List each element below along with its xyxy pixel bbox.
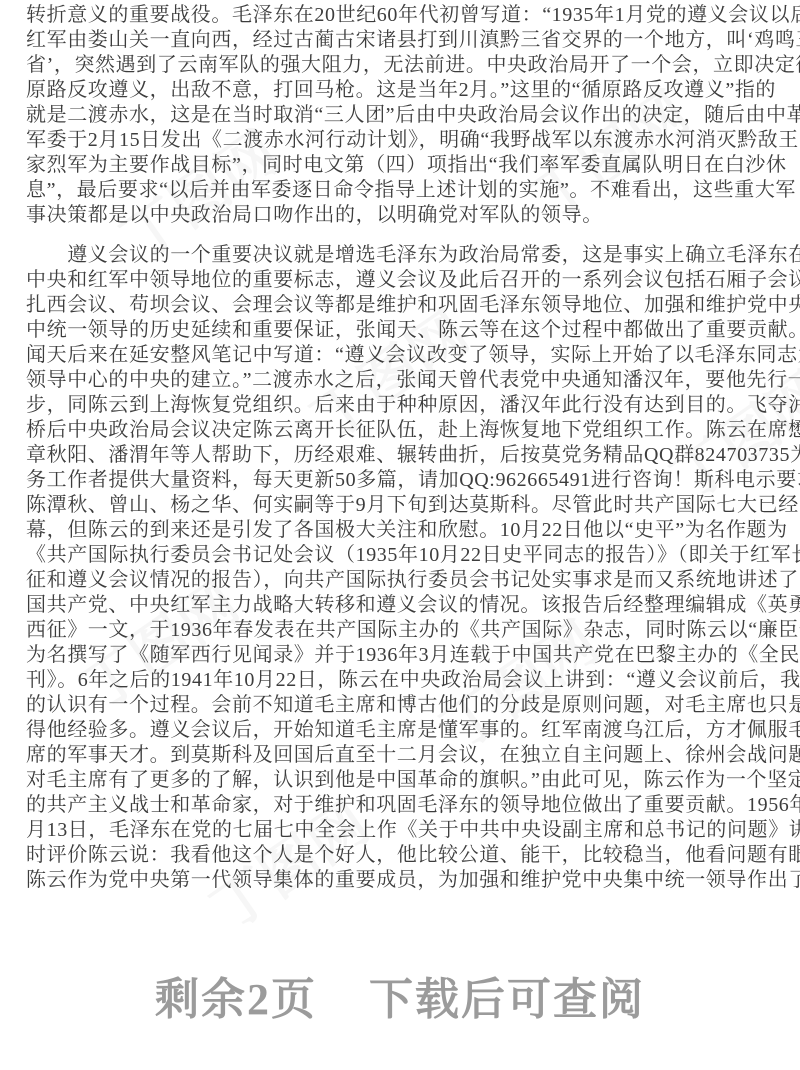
- text-line: 刊》。6年之后的1941年10月22日，陈云在中央政治局会议上讲到：“遵义会议前…: [26, 668, 774, 693]
- document-body: 转折意义的重要战役。毛泽东在20世纪60年代初曾写道：“1935年1月党的遵义会…: [0, 0, 800, 893]
- text-line: 红军由娄山关一直向西，经过古蔺古宋诸县打到川滇黔三省交界的一个地方，叫‘鸡鸣三: [26, 28, 774, 53]
- text-line: 扎西会议、苟坝会议、会理会议等都是维护和巩固毛泽东领导地位、加强和维护党中央集: [26, 293, 774, 318]
- paragraph-1: 转折意义的重要战役。毛泽东在20世纪60年代初曾写道：“1935年1月党的遵义会…: [26, 3, 774, 228]
- text-line: 陈云作为党中央第一代领导集体的重要成员，为加强和维护党中央集中统一领导作出了重: [26, 868, 774, 893]
- text-line: 中央和红军中领导地位的重要标志，遵义会议及此后召开的一系列会议包括石厢子会议、: [26, 268, 774, 293]
- text-line: 月13日，毛泽东在党的七届七中全会上作《关于中共中央设副主席和总书记的问题》讲话: [26, 818, 774, 843]
- text-line: 的认识有一个过程。会前不知道毛主席和博古他们的分歧是原则问题，对毛主席也只是觉: [26, 693, 774, 718]
- text-line: 步，同陈云到上海恢复党组织。后来由于种种原因，潘汉年此行没有达到目的。飞夺泸定: [26, 393, 774, 418]
- text-line: 幕，但陈云的到来还是引发了各国极大关注和欣慰。10月22日他以“史平”为名作题为: [26, 518, 774, 543]
- pages-remaining-note: 剩余2页下载后可查阅: [0, 963, 800, 1027]
- text-line: 转折意义的重要战役。毛泽东在20世纪60年代初曾写道：“1935年1月党的遵义会…: [26, 3, 774, 28]
- download-to-view-hint: 下载后可查阅: [369, 975, 645, 1024]
- text-line: 遵义会议的一个重要决议就是增选毛泽东为政治局常委，这是事实上确立毛泽东在党: [26, 243, 774, 268]
- text-line: 《共产国际执行委员会书记处会议（1935年10月22日史平同志的报告）》（即关于…: [26, 543, 774, 568]
- text-line: 得他经验多。遵义会议后，开始知道毛主席是懂军事的。红军南渡乌江后，方才佩服毛主: [26, 718, 774, 743]
- text-line: 息”，最后要求“以后并由军委逐日命令指导上述计划的实施”。不难看出，这些重大军: [26, 178, 774, 203]
- text-line: 国共产党、中央红军主力战略大转移和遵义会议的情况。该报告后经整理编辑成《英勇的: [26, 593, 774, 618]
- text-line: 务工作者提供大量资料，每天更新50多篇，请加QQ:962665491进行咨询！斯…: [26, 468, 774, 493]
- text-line: 桥后中央政治局会议决定陈云离开长征队伍，赴上海恢复地下党组织工作。陈云在席懋昭、: [26, 418, 774, 443]
- pages-remaining-count: 剩余2页: [155, 975, 317, 1024]
- text-line: 西征》一文，于1936年春发表在共产国际主办的《共产国际》杂志，同时陈云以“廉臣…: [26, 618, 774, 643]
- text-line: 征和遵义会议情况的报告），向共产国际执行委员会书记处实事求是而又系统地讲述了中: [26, 568, 774, 593]
- text-line: 原路反攻遵义，出敌不意，打回马枪。这是当年2月。”这里的“循原路反攻遵义”指的: [26, 78, 774, 103]
- text-line: 为名撰写了《随军西行见闻录》并于1936年3月连载于中国共产党在巴黎主办的《全民…: [26, 643, 774, 668]
- text-line: 章秋阳、潘渭年等人帮助下，历经艰难、辗转曲折，后按莫党务精品QQ群8247037…: [26, 443, 774, 468]
- text-line: 省’，突然遇到了云南军队的强大阻力，无法前进。中央政治局开了一个会，立即决定循: [26, 53, 774, 78]
- text-line: 就是二渡赤水，这是在当时取消“三人团”后由中央政治局会议作出的决定，随后由中革: [26, 103, 774, 128]
- paragraph-2: 遵义会议的一个重要决议就是增选毛泽东为政治局常委，这是事实上确立毛泽东在党 中央…: [26, 243, 774, 893]
- document-page: 丁图网 丁图网 丁图网 丁图网 丁图网 丁图网 丁图网 转折意义的重要战役。毛泽…: [0, 0, 800, 1070]
- text-line: 中统一领导的历史延续和重要保证，张闻天、陈云等在这个过程中都做出了重要贡献。张: [26, 318, 774, 343]
- text-line: 对毛主席有了更多的了解，认识到他是中国革命的旗帜。”由此可见，陈云作为一个坚定: [26, 768, 774, 793]
- text-line: 席的军事天才。到莫斯科及回国后直至十二月会议，在独立自主问题上、徐州会战问题上，: [26, 743, 774, 768]
- text-line: 事决策都是以中央政治局口吻作出的，以明确党对军队的领导。: [26, 203, 774, 228]
- text-line: 时评价陈云说：我看他这个人是个好人，他比较公道、能干，比较稳当，他看问题有眼光。: [26, 843, 774, 868]
- text-line: 的共产主义战士和革命家，对于维护和巩固毛泽东的领导地位做出了重要贡献。1956年…: [26, 793, 774, 818]
- text-line: 军委于2月15日发出《二渡赤水河行动计划》，明确“我野战军以东渡赤水河消灭黔敌王: [26, 128, 774, 153]
- text-line: 闻天后来在延安整风笔记中写道：“遵义会议改变了领导，实际上开始了以毛泽东同志为: [26, 343, 774, 368]
- text-line: 领导中心的中央的建立。”二渡赤水之后，张闻天曾代表党中央通知潘汉年，要他先行一: [26, 368, 774, 393]
- text-line: 家烈军为主要作战目标”，同时电文第（四）项指出“我们率军委直属队明日在白沙休: [26, 153, 774, 178]
- text-line: 陈潭秋、曾山、杨之华、何实嗣等于9月下旬到达莫斯科。尽管此时共产国际七大已经闭: [26, 493, 774, 518]
